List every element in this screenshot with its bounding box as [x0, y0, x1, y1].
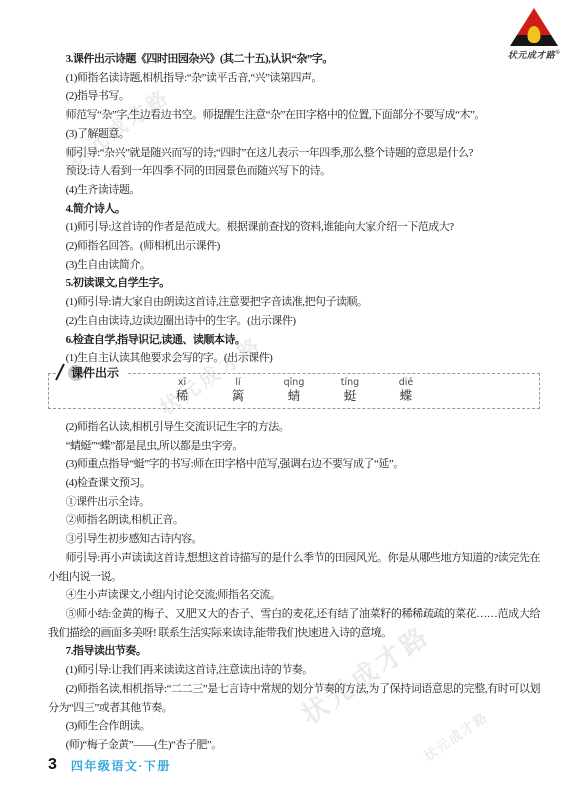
vocab-hanzi: 蜓	[344, 389, 357, 404]
paragraph: (3)生自由读简介。	[48, 256, 540, 275]
section-heading: 4.简介诗人。	[48, 200, 540, 219]
paragraph: “蜻蜓”“蝶”都是昆虫,所以都是虫字旁。	[48, 437, 540, 456]
page: { "logo": { "brand_text": "状元成才路", "regi…	[0, 0, 574, 802]
paragraph: (1)师指名读诗题,相机指导:“杂”读平舌音,“兴”读第四声。	[48, 69, 540, 88]
paragraph: (1)师引导:让我们再来读读这首诗,注意读出诗的节奏。	[48, 661, 540, 680]
section-heading: 5.初读课文,自学生字。	[48, 274, 540, 293]
vocab-pinyin: xī	[178, 377, 186, 389]
vocab-hanzi: 蜻	[288, 389, 301, 404]
section-heading: 3.课件出示诗题《四时田园杂兴》(其二十五),认识“杂”字。	[48, 50, 540, 69]
vocab-item: xī 稀	[167, 377, 197, 404]
paragraph: ①课件出示全诗。	[48, 493, 540, 512]
paragraph: (2)师指名认读,相机引导生交流识记生字的方法。	[48, 418, 540, 437]
paragraph: ③引导生初步感知古诗内容。	[48, 530, 540, 549]
vocab-item: dié 蝶	[391, 377, 421, 404]
vocab-hanzi: 稀	[176, 389, 189, 404]
book-title: 四年级语文·下册	[71, 757, 171, 774]
paragraph: 预设:诗人看到一年四季不同的田园景色而随兴写下的诗。	[48, 162, 540, 181]
courseware-box: 课件出示 xī 稀 lí 篱 qīng 蜻 tíng 蜓 dié 蝶	[48, 373, 540, 409]
logo-triangle-icon	[510, 8, 558, 46]
registered-mark: ®	[555, 50, 560, 56]
paragraph: (2)师指名回答。(师相机出示课件)	[48, 237, 540, 256]
vocab-hanzi: 篱	[232, 389, 245, 404]
page-footer: 3 四年级语文·下册	[48, 756, 171, 774]
page-number: 3	[48, 756, 57, 774]
paragraph: ⑤师小结:金黄的梅子、又肥又大的杏子、雪白的麦花,还有结了油菜籽的稀稀疏疏的菜花…	[48, 605, 540, 642]
vocab-pinyin: dié	[399, 377, 414, 389]
paragraph: (4)检查课文预习。	[48, 474, 540, 493]
paragraph: (2)师指名读,相机指导:“二二三”是七言诗中常规的划分节奏的方法,为了保持词语…	[48, 680, 540, 717]
vocab-item: qīng 蜻	[279, 377, 309, 404]
paragraph: (1)师引导:请大家自由朗读这首诗,注意要把字音读准,把句子读顺。	[48, 293, 540, 312]
paragraph: (3)了解题意。	[48, 125, 540, 144]
section-heading: 6.检查自学,指导识记,读通、读顺本诗。	[48, 331, 540, 350]
paragraph: 师引导:再小声读读这首诗,想想这首诗描写的是什么季节的田园风光。你是从哪些地方知…	[48, 549, 540, 586]
paragraph: (4)生齐读诗题。	[48, 181, 540, 200]
section-heading: 7.指导读出节奏。	[48, 642, 540, 661]
vocab-pinyin: qīng	[284, 377, 305, 389]
paragraph: (2)生自由读诗,边读边圈出诗中的生字。(出示课件)	[48, 312, 540, 331]
paragraph: ②师指名朗读,相机正音。	[48, 511, 540, 530]
paragraph: (3)师重点指导“蜓”字的书写:师在田字格中范写,强调右边不要写成了“延”。	[48, 455, 540, 474]
paragraph: (2)指导书写。	[48, 87, 540, 106]
paragraph: 师引导:“杂兴”就是随兴而写的诗;“四时”在这儿表示一年四季,那么整个诗题的意思…	[48, 144, 540, 163]
vocab-hanzi: 蝶	[400, 389, 413, 404]
vocab-item: lí 篱	[223, 377, 253, 404]
courseware-box-label: 课件出示	[57, 365, 126, 382]
paragraph: (师)“梅子金黄”——(生)“杏子肥”。	[48, 736, 540, 755]
paragraph: (3)师生合作朗读。	[48, 717, 540, 736]
vocab-pinyin: lí	[235, 377, 240, 389]
vocab-pinyin: tíng	[341, 377, 359, 389]
slash-icon	[55, 363, 65, 380]
content-area: 3.课件出示诗题《四时田园杂兴》(其二十五),认识“杂”字。 (1)师指名读诗题…	[48, 50, 540, 755]
paragraph: (1)师引导:这首诗的作者是范成大。根据课前查找的资料,谁能向大家介绍一下范成大…	[48, 218, 540, 237]
courseware-box-label-text: 课件出示	[71, 366, 119, 380]
paragraph: 师范写“杂”字,生边看边书空。师提醒生注意“杂”在田字格中的位置,下面部分不要写…	[48, 106, 540, 125]
logo-emblem-icon	[528, 26, 541, 43]
paragraph: ④生小声读课文,小组内讨论交流;师指名交流。	[48, 586, 540, 605]
vocab-item: tíng 蜓	[335, 377, 365, 404]
